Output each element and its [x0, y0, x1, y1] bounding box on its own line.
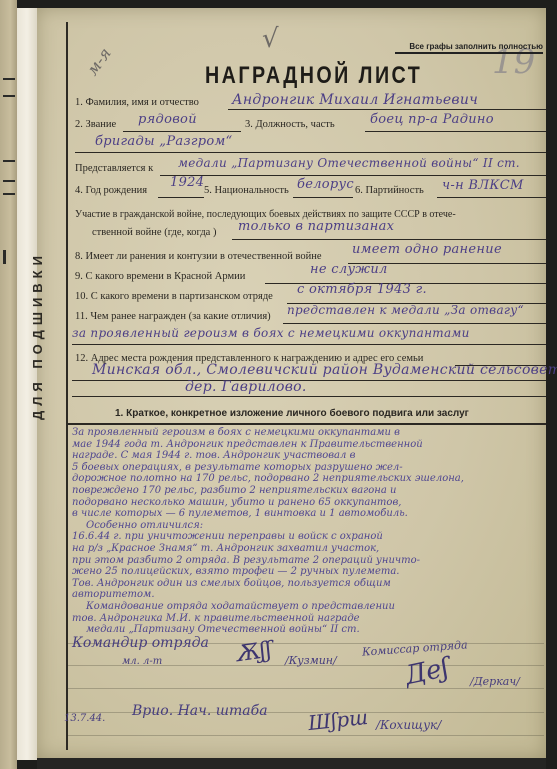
chief-of-staff-title: Врио. Нач. штаба: [132, 703, 268, 719]
commander-rank: мл. л-т: [122, 656, 162, 667]
field-value-party: ч-н ВЛКСМ: [442, 178, 524, 193]
commander-signature: Ѫʃʃ: [233, 638, 273, 668]
commissar-name: /Деркач/: [470, 675, 520, 688]
field-value-position: боец пр-а Радино: [370, 112, 494, 127]
checkmark-icon: √: [262, 24, 279, 54]
commander-title: Командир отряда: [72, 635, 209, 651]
field-value-previous-awards-cont: за проявленный героизм в боях с немецким…: [72, 326, 470, 340]
field-value-presented-to: медали „Партизану Отечественной войны“ I…: [178, 156, 520, 170]
document-date: 13.7.44.: [64, 713, 105, 724]
header-note: Все графы заполнить полностью: [395, 42, 543, 54]
chief-of-staff-name: /Кохищук/: [376, 718, 441, 732]
commander-name: /Кузмин/: [285, 654, 337, 667]
field-value-full-name: Андронгик Михаил Игнатьевич: [232, 92, 478, 108]
field-value-address-cont: дер. Гаврилово.: [185, 379, 307, 395]
field-value-position-cont: бригады „Разгром“: [95, 134, 232, 149]
field-value-address: Минская обл., Смолевичский район Вудамен…: [92, 362, 557, 378]
field-value-nationality: белорус: [297, 177, 354, 192]
field-value-rank: рядовой: [138, 112, 197, 127]
binding-margin-line: [66, 22, 68, 750]
field-label: 1. Фамилия, имя и отчество: [75, 97, 199, 108]
binding-label: ДЛЯ ПОДШИВКИ: [30, 251, 45, 420]
field-value-previous-awards: представлен к медали „За отвагу“: [287, 303, 524, 317]
scan-border: [37, 758, 546, 769]
page-title: НАГРАДНОЙ ЛИСТ: [205, 62, 422, 90]
field-value-wounds: имеет одно ранение: [352, 242, 502, 257]
section-title-feat: 1. Краткое, конкретное изложение личного…: [115, 408, 469, 419]
field-value-red-army-since: не служил: [310, 262, 388, 277]
field-value-partisan-since: с октября 1943 г.: [297, 282, 427, 297]
adjacent-page-edge: [0, 0, 17, 769]
feat-description: За проявленный героизм в боях с немецким…: [72, 427, 542, 636]
field-value-war-participation: только в партизанах: [238, 219, 394, 234]
field-value-birth-year: 1924: [170, 175, 204, 190]
